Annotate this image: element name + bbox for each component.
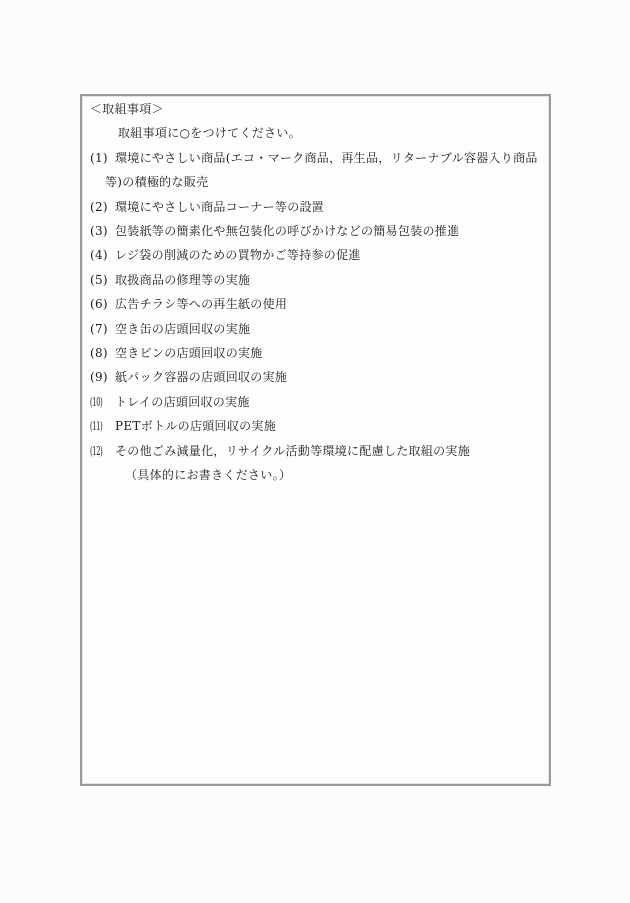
- list-item: (1)環境にやさしい商品(エコ・マーク商品，再生品，リターナブル容器入り商品等)…: [82, 146, 539, 195]
- list-item: (5)取扱商品の修理等の実施: [82, 268, 539, 292]
- item-number: (10): [90, 390, 104, 414]
- item-text: 空き缶の店頭回収の実施: [115, 322, 250, 336]
- document-page: ＜取組事項＞ 取組事項に○をつけてください。 (1)環境にやさしい商品(エコ・マ…: [0, 0, 630, 903]
- item-number: (11): [90, 414, 104, 438]
- item-text: 空きビンの店頭回収の実施: [115, 346, 263, 360]
- item-text: 包装紙等の簡素化や無包装化の呼びかけなどの簡易包装の推進: [115, 224, 459, 238]
- list-item: (7)空き缶の店頭回収の実施: [82, 317, 539, 341]
- item-number: (9): [90, 365, 115, 389]
- item-text: 広告チラシ等への再生紙の使用: [115, 297, 287, 311]
- list-item: (4)レジ袋の削減のための買物かご等持参の促進: [82, 243, 539, 267]
- list-item: (3)包装紙等の簡素化や無包装化の呼びかけなどの簡易包装の推進: [82, 219, 539, 243]
- item-number: (6): [90, 292, 115, 316]
- list-item: (6)広告チラシ等への再生紙の使用: [82, 292, 539, 316]
- item-text: トレイの店頭回収の実施: [115, 395, 250, 409]
- item-number: (7): [90, 317, 115, 341]
- list-item: (11)PETボトルの店頭回収の実施: [82, 414, 539, 438]
- item-number: (4): [90, 243, 115, 267]
- item-text: 取扱商品の修理等の実施: [115, 273, 250, 287]
- item-number: (12): [90, 439, 104, 463]
- list-item: (9)紙パック容器の店頭回収の実施: [82, 365, 539, 389]
- items-list: (1)環境にやさしい商品(エコ・マーク商品，再生品，リターナブル容器入り商品等)…: [82, 146, 539, 488]
- item-text: レジ袋の削減のための買物かご等持参の促進: [115, 248, 361, 262]
- item-subline: （具体的にお書きください。）: [125, 463, 539, 487]
- item-number: (5): [90, 268, 115, 292]
- item-text: PETボトルの店頭回収の実施: [115, 419, 276, 433]
- item-number: (8): [90, 341, 115, 365]
- item-number: (2): [90, 195, 115, 219]
- item-text: その他ごみ減量化，リサイクル活動等環境に配慮した取組の実施: [115, 444, 470, 458]
- list-item: (2)環境にやさしい商品コーナー等の設置: [82, 195, 539, 219]
- instruction-text: 取組事項に○をつけてください。: [118, 121, 539, 145]
- action-items-box: ＜取組事項＞ 取組事項に○をつけてください。 (1)環境にやさしい商品(エコ・マ…: [80, 94, 551, 786]
- list-item: (10)トレイの店頭回収の実施: [82, 390, 539, 414]
- item-text: 紙パック容器の店頭回収の実施: [115, 370, 287, 384]
- list-item: (12)その他ごみ減量化，リサイクル活動等環境に配慮した取組の実施（具体的にお書…: [82, 439, 539, 488]
- box-title: ＜取組事項＞: [90, 97, 539, 121]
- item-text: 環境にやさしい商品コーナー等の設置: [115, 200, 324, 214]
- item-text: 環境にやさしい商品(エコ・マーク商品，再生品，リターナブル容器入り商品等)の積極…: [105, 151, 538, 189]
- list-item: (8)空きビンの店頭回収の実施: [82, 341, 539, 365]
- item-number: (1): [90, 146, 115, 170]
- item-number: (3): [90, 219, 115, 243]
